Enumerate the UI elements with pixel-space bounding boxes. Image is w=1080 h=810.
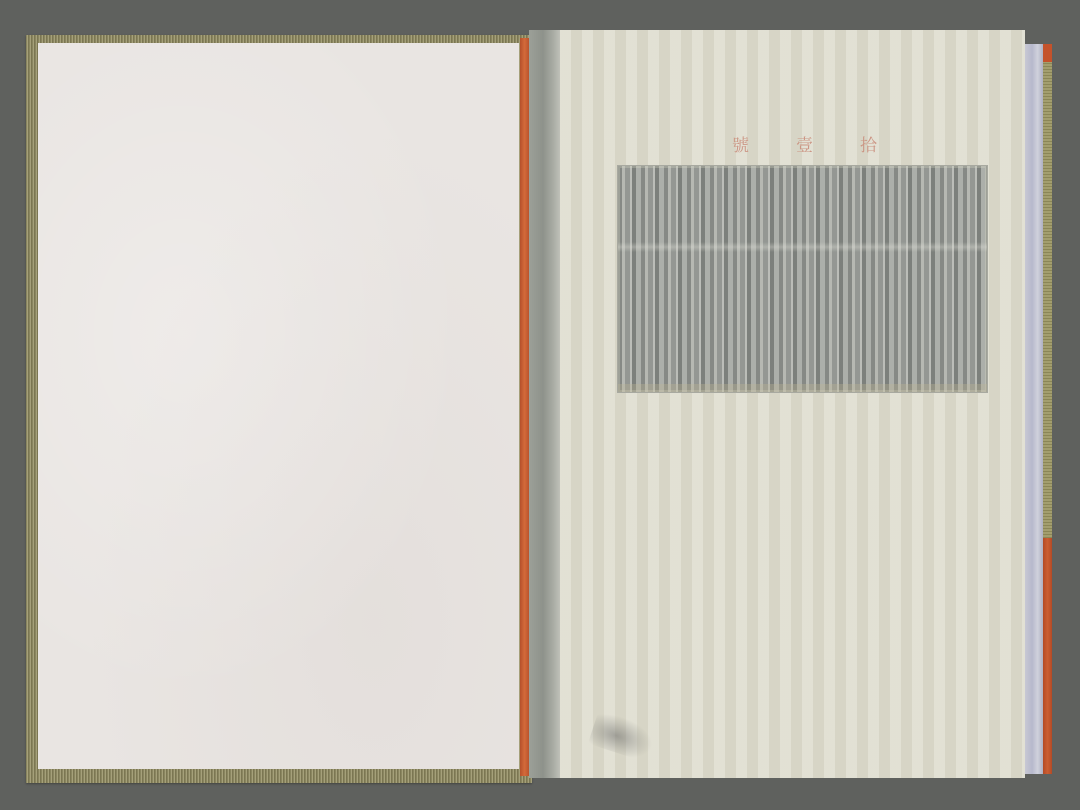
right-cover-edge-top [1043,44,1052,62]
right-cover-edge-orange [1043,538,1052,774]
left-page-blank [38,43,519,769]
print-midband [618,242,987,252]
page-block-edge [1025,44,1043,774]
print-base [618,384,987,392]
page-title: 號 壹 拾 [730,130,880,156]
title-char-2: 壹 [794,131,816,156]
title-char-3: 拾 [858,131,880,156]
left-cover-orange-edge [520,38,529,776]
title-char-1: 號 [730,131,752,156]
right-cover-edge-olive [1043,62,1052,538]
striped-print-image [617,165,988,393]
